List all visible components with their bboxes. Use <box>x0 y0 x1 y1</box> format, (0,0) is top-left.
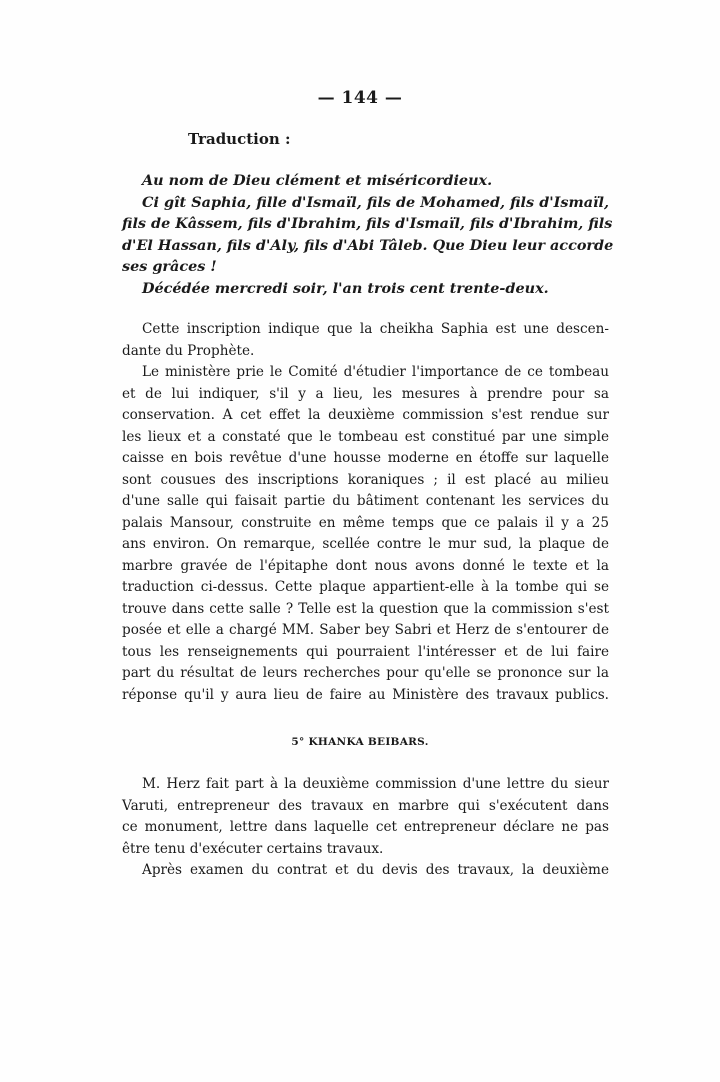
text-line: et de lui indiquer, s'il y a lieu, les m… <box>122 384 609 406</box>
text-line: Cette inscription indique que la cheikha… <box>122 319 609 341</box>
text-line: Le ministère prie le Comité d'étudier l'… <box>122 362 609 384</box>
text-line: d'une salle qui faisait partie du bâtime… <box>122 491 609 513</box>
page-number: — 144 — <box>0 88 720 108</box>
text-line: Après examen du contrat et du devis des … <box>122 860 609 882</box>
text-line: part du résultat de leurs recherches pou… <box>122 663 609 685</box>
text-line: fils de Kâssem, fils d'Ibrahim, fils d'I… <box>122 213 609 235</box>
text-line: Ci gît Saphia, fille d'Ismaïl, fils de M… <box>122 192 609 214</box>
text-line: les lieux et a constaté que le tombeau e… <box>122 427 609 449</box>
text-line: marbre gravée de l'épitaphe dont nous av… <box>122 556 609 578</box>
document-page: — 144 — Traduction : Au nom de Dieu clém… <box>0 0 720 1082</box>
text-line: sont cousues des inscriptions koraniques… <box>122 470 609 492</box>
text-line: palais Mansour, construite en même temps… <box>122 513 609 535</box>
text-line: trouve dans cette salle ? Telle est la q… <box>122 599 609 621</box>
epitaph-translation: Au nom de Dieu clément et miséricordieux… <box>122 170 609 299</box>
text-line: ses grâces ! <box>122 256 609 278</box>
section-heading-khanka-beibars: 5° KHANKA BEIBARS. <box>0 736 720 748</box>
text-line: Décédée mercredi soir, l'an trois cent t… <box>122 278 609 300</box>
text-line: ce monument, lettre dans laquelle cet en… <box>122 817 609 839</box>
text-line: d'El Hassan, fils d'Aly, fils d'Abi Tâle… <box>122 235 609 257</box>
text-line: Au nom de Dieu clément et miséricordieux… <box>122 170 609 192</box>
text-line: M. Herz fait part à la deuxième commissi… <box>122 774 609 796</box>
text-line: traduction ci-dessus. Cette plaque appar… <box>122 577 609 599</box>
text-line: tous les renseignements qui pourraient l… <box>122 642 609 664</box>
text-line: caisse en bois revêtue d'une housse mode… <box>122 448 609 470</box>
section-saphia-body: Cette inscription indique que la cheikha… <box>122 319 609 706</box>
text-line: réponse qu'il y aura lieu de faire au Mi… <box>122 685 609 707</box>
section-khanka-body: M. Herz fait part à la deuxième commissi… <box>122 774 609 882</box>
text-line: ans environ. On remarque, scellée contre… <box>122 534 609 556</box>
text-line: dante du Prophète. <box>122 341 609 363</box>
translation-heading: Traduction : <box>188 130 291 148</box>
text-line: Varuti, entrepreneur des travaux en marb… <box>122 796 609 818</box>
text-line: conservation. A cet effet la deuxième co… <box>122 405 609 427</box>
text-line: être tenu d'exécuter certains travaux. <box>122 839 609 861</box>
text-line: posée et elle a chargé MM. Saber bey Sab… <box>122 620 609 642</box>
